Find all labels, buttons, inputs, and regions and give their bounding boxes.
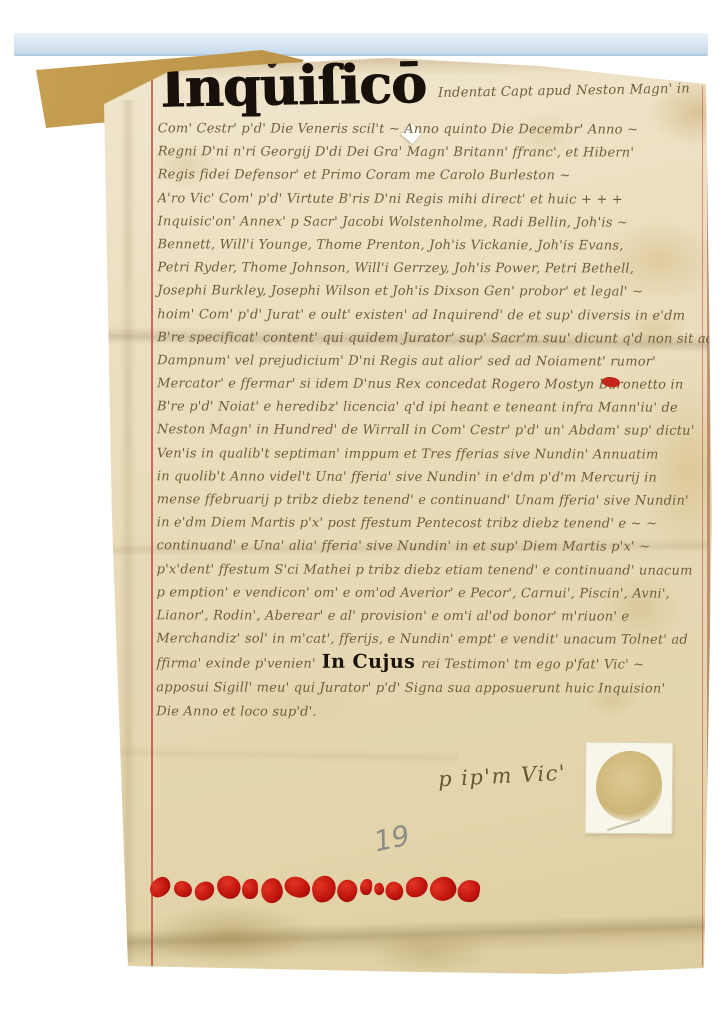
manuscript-line: Josephi Burkley, Josephi Wilson et Joh'i…: [157, 280, 707, 305]
wax-seal-row: [150, 870, 502, 907]
in-cujus-after: rei Testimon' tm ego p'fat' Vic' ~: [421, 657, 644, 673]
manuscript-line: Com' Cestr' p'd' Die Veneris scil't ~ An…: [158, 117, 708, 142]
fold-crease: [108, 914, 715, 963]
manuscript-body: Com' Cestr' p'd' Die Veneris scil't ~ An…: [156, 117, 708, 724]
manuscript-line: Neston Magn' in Hundred' de Wirrall in C…: [157, 419, 707, 444]
manuscript-line: in e'dm Diem Martis p'x' post ffestum Pe…: [157, 511, 707, 536]
manuscript-line: Regis fidei Defensor' et Primo Coram me …: [158, 164, 708, 189]
manuscript-line: p emption' e vendicon' om' e om'od Averi…: [157, 581, 707, 606]
manuscript-line: continuand' e Una' alia' fferia' sive Nu…: [157, 535, 707, 560]
red-wax-seal: [372, 882, 386, 897]
manuscript-line: Dampnum' vel prejudicium' D'ni Regis aut…: [157, 349, 707, 374]
red-wax-seal: [214, 873, 244, 902]
in-cujus-before: ffirma' exinde p'venien': [156, 657, 315, 672]
manuscript-line: Petri Ryder, Thome Johnson, Will'i Gerrz…: [157, 256, 707, 281]
red-wax-seal: [283, 875, 313, 900]
manuscript-line: Inquisic'on' Annex' p Sacr' Jacobi Wolst…: [157, 210, 707, 235]
red-wax-seal: [146, 874, 174, 901]
manuscript-line: B're p'd' Noiat' e heredibz' licencia' q…: [157, 396, 707, 421]
red-wax-seal: [173, 880, 193, 898]
left-margin-rule: [151, 70, 153, 966]
heading-continuation-text: Indentat Capt apud Neston Magn' in: [438, 82, 690, 110]
manuscript-line: hoim' Com' p'd' Jurat' e oult' existen' …: [157, 303, 707, 328]
red-wax-seal: [383, 880, 405, 902]
manuscript-line: Bennett, Will'i Younge, Thome Prenton, J…: [157, 233, 707, 258]
red-wax-seal: [257, 875, 287, 906]
manuscript-line: mense ffebruarij p tribz diebz tenend' e…: [157, 488, 707, 513]
red-wax-seal: [242, 879, 259, 900]
manuscript-line: p'x'dent' ffestum S'ci Mathei p tribz di…: [157, 558, 707, 583]
red-wax-seal: [192, 880, 216, 903]
manuscript-line: Merchandiz' sol' in m'cat', fferijs, e N…: [156, 627, 706, 652]
horizontal-scrollbar[interactable]: [14, 33, 708, 56]
in-cujus-emphasis: In Cujus: [316, 651, 422, 673]
manuscript-lines: Com' Cestr' p'd' Die Veneris scil't ~ An…: [156, 117, 707, 652]
manuscript-line: in quolib't Anno videl't Una' fferia' si…: [157, 465, 707, 490]
fold-crease: [108, 745, 458, 765]
manuscript-line: B're specificat' content' qui quidem Jur…: [157, 326, 707, 351]
manuscript-line: Ven'is in qualib't septiman' imppum et T…: [157, 442, 707, 467]
red-wax-seal: [333, 877, 361, 906]
sheriff-signature: p ip'm Vic': [437, 761, 566, 792]
manuscript-line: A'ro Vic' Com' p'd' Virtute B'ris D'ni R…: [158, 187, 708, 212]
paper-seal: [585, 742, 674, 835]
parchment-sheet: ? Inquiſicō Indentat Capt apud Neston Ma…: [0, 0, 724, 1024]
manuscript-line: Lianor', Rodin', Aberear' e al' provisio…: [156, 604, 706, 629]
closing-line: apposui Sigill' meu' qui Jurator' p'd' S…: [156, 677, 706, 702]
in-cujus-line: ffirma' exinde p'venien'In Cujusrei Test…: [156, 651, 706, 678]
wax-impression-under-paper: [596, 751, 663, 822]
archival-pencil-number: 19: [371, 819, 413, 859]
red-wax-seal: [360, 879, 373, 896]
red-wax-seal: [405, 876, 429, 898]
red-wax-seal: [310, 874, 339, 904]
closing-line: Die Anno et loco sup'd'.: [156, 700, 706, 725]
manuscript-line: Regni D'ni n'ri Georgij D'di Dei Gra' Ma…: [158, 140, 708, 165]
red-wax-seal: [456, 879, 481, 904]
manuscript-line: Mercator' e ffermar' si idem D'nus Rex c…: [157, 372, 707, 397]
red-wax-seal: [426, 872, 460, 906]
scanned-document-page: ? Inquiſicō Indentat Capt apud Neston Ma…: [0, 0, 724, 1024]
fold-crease-vertical: [120, 100, 136, 962]
